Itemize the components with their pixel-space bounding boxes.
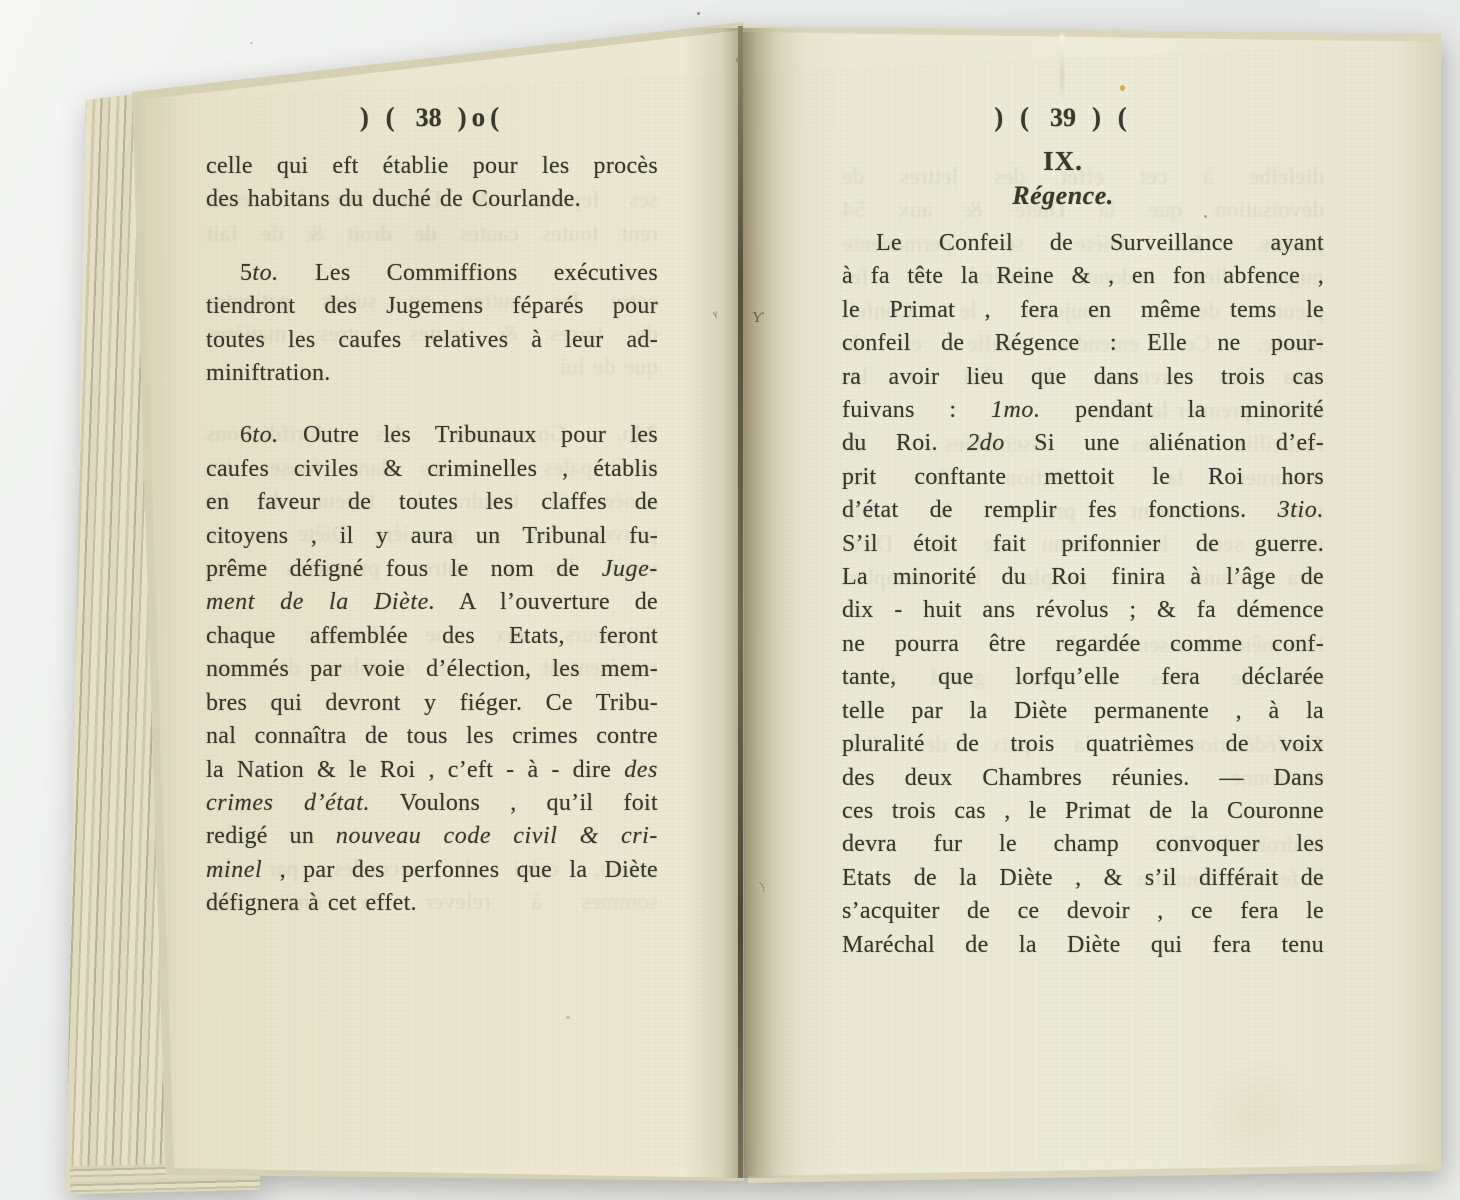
- section-title: Régence.: [842, 181, 1284, 211]
- header-ornament-left-open: ) (: [360, 102, 400, 133]
- text-line: nal connaîtra de tous les crimes contre: [206, 720, 658, 753]
- text-line: le Primat , fera en même tems le: [842, 294, 1324, 327]
- text-line: Maréchal de la Diète qui fera tenu: [842, 929, 1324, 962]
- text-line: miniftration.: [206, 357, 658, 390]
- text-line: défignera à cet effet.: [206, 887, 658, 920]
- page-crease: [1060, 34, 1064, 110]
- right-page-text: Le Confeil de Surveillance ayantà fa têt…: [842, 227, 1324, 962]
- text-line: la Nation & le Roi , c’eft - à - dire de…: [206, 754, 658, 787]
- text-line: caufes civiles & criminelles , établis: [206, 453, 658, 486]
- text-line: dix - huit ans révolus ; & fa démence: [842, 594, 1324, 627]
- text-line: ra avoir lieu que dans les trois cas: [842, 361, 1324, 394]
- paper-speck: [1204, 215, 1207, 218]
- text-line: toutes les caufes relatives à leur ad-: [206, 324, 658, 357]
- text-line: prit conftante mettoit le Roi hors: [842, 461, 1324, 494]
- text-line: Etats de la Diète , & s’il différait de: [842, 862, 1324, 895]
- text-line: nommés par voie d’élection, les mem-: [206, 653, 658, 686]
- text-line: telle par la Diète permanente , à la: [842, 695, 1324, 728]
- text-line: d’état de remplir fes fonctions. 3tio.: [842, 494, 1324, 527]
- paper-speck: [1120, 85, 1125, 91]
- header-ornament-right-close: ) (: [1092, 102, 1132, 133]
- text-line: fuivans : 1mo. pendant la minorité: [842, 394, 1324, 427]
- book-scan: ses fepature de Diete fer le retresrent …: [0, 0, 1460, 1200]
- text-line: confeil de Régence : Elle ne pour-: [842, 327, 1324, 360]
- text-line: 5to. Les Commiffions exécutives: [206, 257, 658, 290]
- ink-speck: [697, 12, 700, 15]
- text-line: S’il étoit fait prifonnier de guerre.: [842, 528, 1324, 561]
- text-line: prême défigné fous le nom de Juge-: [206, 553, 658, 586]
- text-line: ne pourra être regardée comme conf-: [842, 628, 1324, 661]
- paper-speck: [566, 1016, 570, 1019]
- text-line: ces trois cas , le Primat de la Couronne: [842, 795, 1324, 828]
- text-line: pluralité de trois quatrièmes de voix: [842, 728, 1324, 761]
- text-line: en faveur de toutes les claffes de: [206, 486, 658, 519]
- text-line: à fa tête la Reine & , en fon abfence ,: [842, 260, 1324, 293]
- text-line: La minorité du Roi finira à l’âge de: [842, 561, 1324, 594]
- header-ornament-left-close: )o(: [458, 102, 504, 133]
- left-page-text: celle qui eft établie pour les procèsdes…: [206, 150, 658, 921]
- text-line: des deux Chambres réunies. — Dans: [842, 762, 1324, 795]
- gutter-shadow-left: [684, 28, 742, 1178]
- text-line: ment de la Diète. A l’ouverture de: [206, 586, 658, 619]
- text-line: tiendront des Jugemens féparés pour: [206, 290, 658, 323]
- section-number: IX.: [842, 146, 1284, 177]
- text-line: tante, que lorfqu’elle fera déclarée: [842, 661, 1324, 694]
- page-number-38: 38: [416, 103, 442, 133]
- book-gutter: [738, 26, 743, 1178]
- ink-speck: [736, 58, 738, 62]
- ink-mark: Ƴ: [751, 310, 764, 328]
- text-line: devra fur le champ convoquer les: [842, 828, 1324, 861]
- text-line: minel , par des perfonnes que la Diète: [206, 854, 658, 887]
- text-line: redigé un nouveau code civil & cri-: [206, 820, 658, 853]
- page-number-39: 39: [1050, 103, 1076, 133]
- text-line: s’acquiter de ce devoir , ce fera le: [842, 895, 1324, 928]
- page-number-header-right: ) ( 39 ) (: [842, 102, 1284, 133]
- text-line: celle qui eft établie pour les procès: [206, 150, 658, 183]
- gutter-shadow-right: [742, 28, 804, 1178]
- text-line: du Roi. 2do Si une aliénation d’ef-: [842, 427, 1324, 460]
- paper-speck: [250, 42, 253, 44]
- header-ornament-right-open: ) (: [994, 102, 1034, 133]
- text-line: 6to. Outre les Tribunaux pour les: [206, 419, 658, 452]
- text-line: chaque affemblée des Etats, feront: [206, 620, 658, 653]
- text-line: citoyens , il y aura un Tribunal fu-: [206, 520, 658, 553]
- text-line: bres qui devront y fiéger. Ce Tribu-: [206, 687, 658, 720]
- open-book: ses fepature de Diete fer le retresrent …: [0, 0, 1460, 1200]
- text-line: Le Confeil de Surveillance ayant: [842, 227, 1324, 260]
- page-number-header-left: ) ( 38 )o(: [206, 102, 658, 133]
- text-line: des habitans du duché de Courlande.: [206, 183, 658, 216]
- text-line: crimes d’état. Voulons , qu’il foit: [206, 787, 658, 820]
